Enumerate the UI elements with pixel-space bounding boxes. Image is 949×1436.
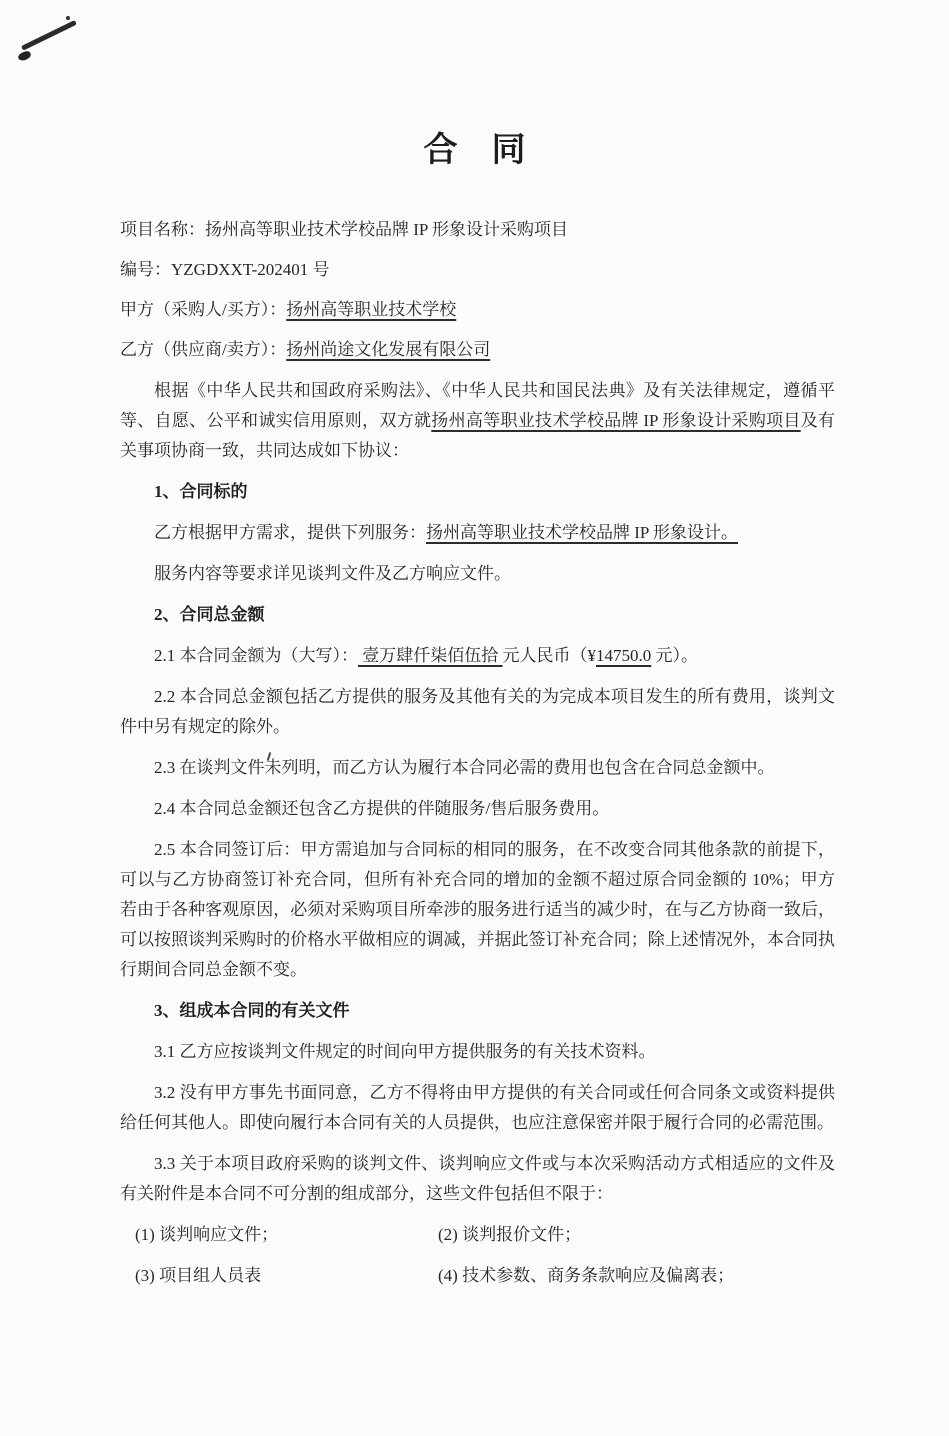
- list-item-row: (3) 项目组人员表(4) 技术参数、商务条款响应及偏离表；: [135, 1261, 835, 1291]
- field-project-name: 项目名称：扬州高等职业技术学校品牌 IP 形象设计采购项目: [120, 210, 835, 250]
- field-party-b-label: 乙方（供应商/卖方）：: [120, 340, 286, 359]
- contract-page: 合 同 项目名称：扬州高等职业技术学校品牌 IP 形象设计采购项目 编号：YZG…: [0, 0, 949, 1436]
- clause-2-1-amount: 2.1 本合同金额为（大写）： 壹万肆仟柒佰伍拾 元人民币（¥14750.0 元…: [120, 641, 835, 671]
- field-party-a: 甲方（采购人/买方）：扬州高等职业技术学校: [120, 290, 835, 330]
- doc-item-1: (1) 谈判响应文件；: [135, 1220, 438, 1250]
- field-contract-number: 编号：YZGDXXT-202401 号: [120, 250, 835, 290]
- clause-1-service-name: 扬州高等职业技术学校品牌 IP 形象设计。: [426, 523, 738, 542]
- clause-2-2: 2.2 本合同总金额包括乙方提供的服务及其他有关的为完成本项目发生的所有费用，谈…: [120, 682, 835, 742]
- field-project-name-value: 扬州高等职业技术学校品牌 IP 形象设计采购项目: [205, 220, 568, 239]
- clause-2-1-post: 元）。: [651, 646, 698, 665]
- clause-2-4: 2.4 本合同总金额还包含乙方提供的伴随服务/售后服务费用。: [120, 794, 835, 824]
- document-title: 合 同: [0, 0, 949, 172]
- clause-2-3: 2.3 在谈判文件未列明，而乙方认为履行本合同必需的费用也包含在合同总金额中。: [120, 753, 835, 783]
- field-contract-number-label: 编号：: [120, 260, 171, 279]
- clause-1-content: 服务内容等要求详见谈判文件及乙方响应文件。: [120, 559, 835, 589]
- section-3-heading: 3、组成本合同的有关文件: [120, 996, 835, 1026]
- clause-1-service-pre: 乙方根据甲方需求，提供下列服务：: [154, 523, 426, 542]
- field-party-a-label: 甲方（采购人/买方）：: [120, 300, 286, 319]
- preamble-project-name: 扬州高等职业技术学校品牌 IP 形象设计采购项目: [431, 411, 800, 430]
- clause-1-service: 乙方根据甲方需求，提供下列服务：扬州高等职业技术学校品牌 IP 形象设计。: [120, 518, 835, 548]
- section-2-heading: 2、合同总金额: [120, 600, 835, 630]
- clause-3-3: 3.3 关于本项目政府采购的谈判文件、谈判响应文件或与本次采购活动方式相适应的文…: [120, 1149, 835, 1209]
- field-party-b-value: 扬州尚途文化发展有限公司: [286, 340, 490, 359]
- clause-3-2: 3.2 没有甲方事先书面同意，乙方不得将由甲方提供的有关合同或任何合同条文或资料…: [120, 1078, 835, 1138]
- field-party-a-value: 扬州高等职业技术学校: [286, 300, 456, 319]
- doc-item-3: (3) 项目组人员表: [135, 1261, 438, 1291]
- field-party-b: 乙方（供应商/卖方）：扬州尚途文化发展有限公司: [120, 330, 835, 370]
- clause-2-1-mid: 元人民币（¥: [503, 646, 597, 665]
- section-1-heading: 1、合同标的: [120, 477, 835, 507]
- header-fields: 项目名称：扬州高等职业技术学校品牌 IP 形象设计采购项目 编号：YZGDXXT…: [120, 210, 835, 370]
- amount-in-figures: 14750.0: [596, 646, 651, 665]
- attached-documents-list: (1) 谈判响应文件；(2) 谈判报价文件； (3) 项目组人员表(4) 技术参…: [120, 1220, 835, 1291]
- clause-2-5: 2.5 本合同签订后：甲方需追加与合同标的相同的服务，在不改变合同其他条款的前提…: [120, 835, 835, 985]
- pen-stroke-blob: [17, 50, 32, 62]
- field-project-name-label: 项目名称：: [120, 220, 205, 239]
- doc-item-2: (2) 谈判报价文件；: [438, 1225, 581, 1244]
- amount-in-words: 壹万肆仟柒佰伍拾: [358, 646, 503, 665]
- field-contract-number-value: YZGDXXT-202401 号: [171, 260, 330, 279]
- pen-dot: [66, 16, 70, 20]
- contract-body: 根据《中华人民共和国政府采购法》、《中华人民共和国民法典》及有关法律规定，遵循平…: [120, 376, 835, 1291]
- list-item-row: (1) 谈判响应文件；(2) 谈判报价文件；: [135, 1220, 835, 1250]
- clause-2-1-pre: 2.1 本合同金额为（大写）：: [154, 646, 358, 665]
- pen-stroke: [21, 20, 77, 51]
- pen-stroke-scan-artifact-icon: [14, 12, 104, 72]
- doc-item-4: (4) 技术参数、商务条款响应及偏离表；: [438, 1266, 734, 1285]
- preamble-paragraph: 根据《中华人民共和国政府采购法》、《中华人民共和国民法典》及有关法律规定，遵循平…: [120, 376, 835, 466]
- clause-3-1: 3.1 乙方应按谈判文件规定的时间向甲方提供服务的有关技术资料。: [120, 1037, 835, 1067]
